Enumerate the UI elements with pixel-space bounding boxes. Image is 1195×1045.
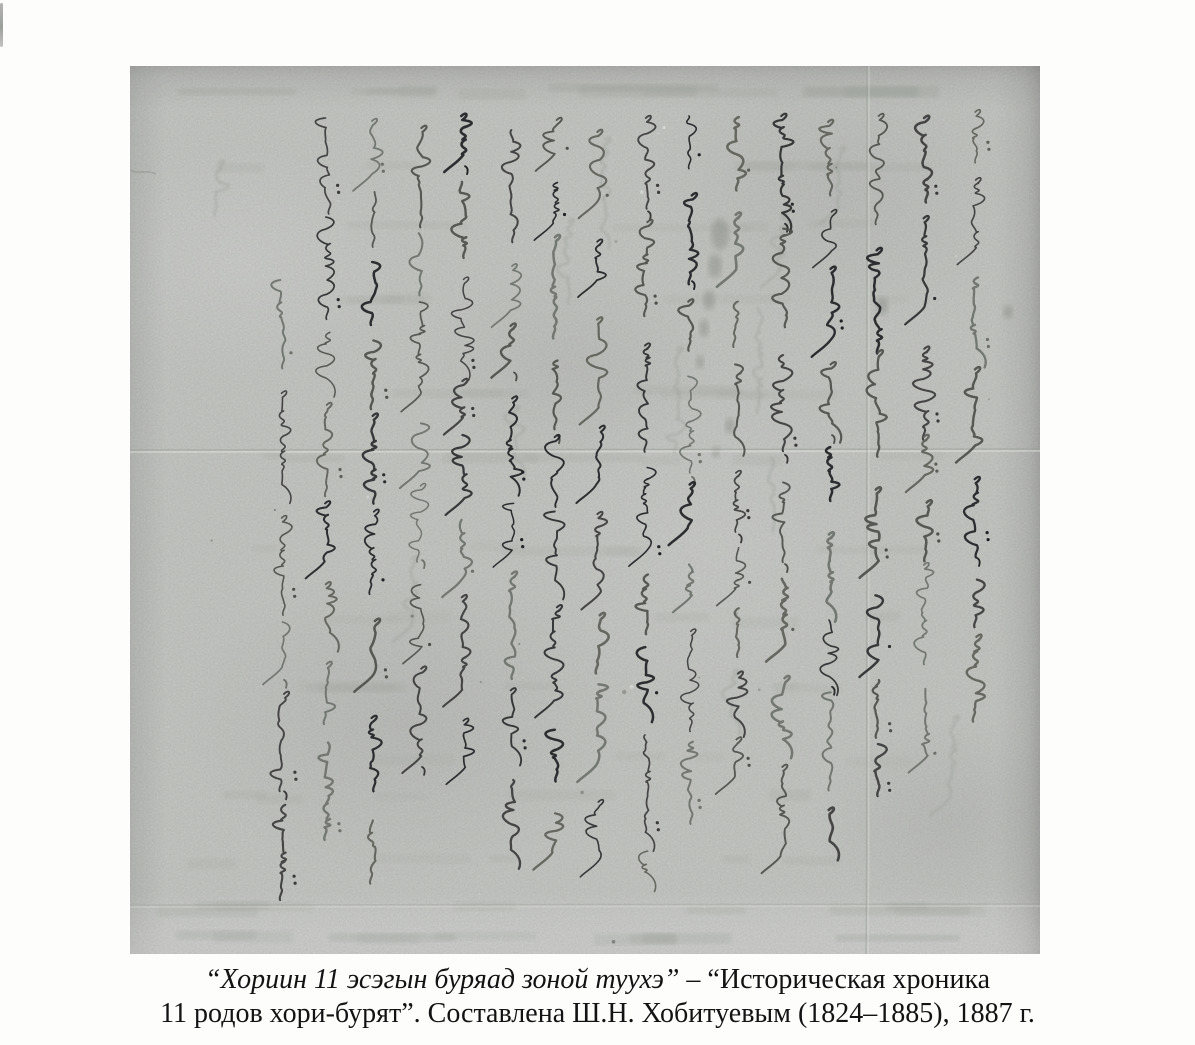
caption-title-buryat: “Хориин 11 эсэгын буряад зоной туухэ” bbox=[205, 964, 679, 995]
caption-line-2: 11 родов хори-бурят”. Составлена Ш.Н. Хо… bbox=[0, 997, 1195, 1031]
caption-line-1: “Хориин 11 эсэгын буряад зоной туухэ” – … bbox=[0, 963, 1195, 997]
caption: “Хориин 11 эсэгын буряад зоной туухэ” – … bbox=[0, 963, 1195, 1031]
scan-edge-artifact bbox=[0, 3, 3, 47]
manuscript-scan bbox=[130, 66, 1040, 954]
caption-title-russian: “Историческая хроника bbox=[707, 964, 990, 995]
mongolian-script-image bbox=[130, 66, 1040, 954]
book-page: “Хориин 11 эсэгын буряад зоной туухэ” – … bbox=[0, 0, 1195, 1045]
caption-separator: – bbox=[679, 964, 707, 995]
